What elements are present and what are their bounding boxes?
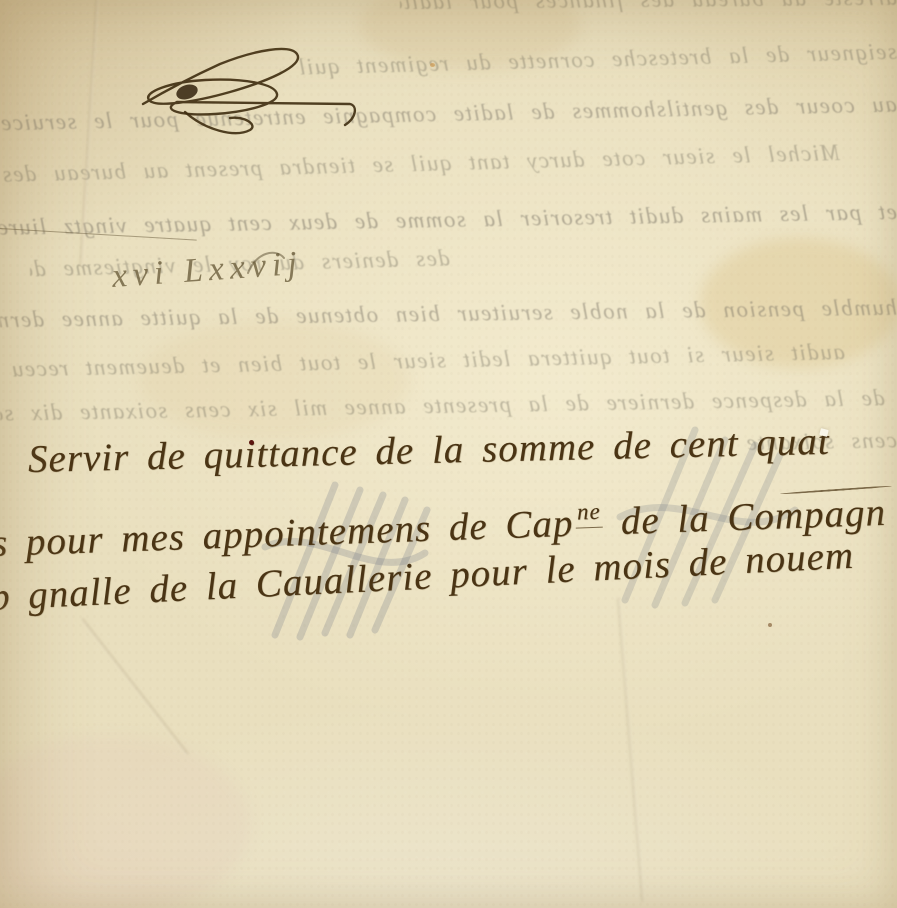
bleedthrough-line: humble pension de la noble seruiteur bie… [0, 294, 897, 334]
bleedthrough-line: et par les mains dudit tresorier la somm… [0, 198, 897, 241]
crease-bottom-right [617, 598, 644, 902]
pink-stain [0, 735, 250, 908]
bleedthrough-line: audit sieur si tout quittera ledit sieur… [0, 338, 845, 383]
bleedthrough-line: Michel le sieur cote durcy tant quil se … [0, 139, 840, 189]
brown-speck [768, 623, 772, 627]
bleedthrough-line: seigneur de la bretesche cornette du reg… [280, 38, 897, 82]
manuscript-page: arreste au bureau des finances pour ladi… [0, 0, 897, 908]
bleedthrough-line: arreste au bureau des finances pour ladi… [400, 0, 897, 16]
ink-line-2-superscript: ne [574, 498, 603, 529]
crease-bottom-left [81, 618, 189, 755]
ink-paraph [125, 42, 365, 142]
